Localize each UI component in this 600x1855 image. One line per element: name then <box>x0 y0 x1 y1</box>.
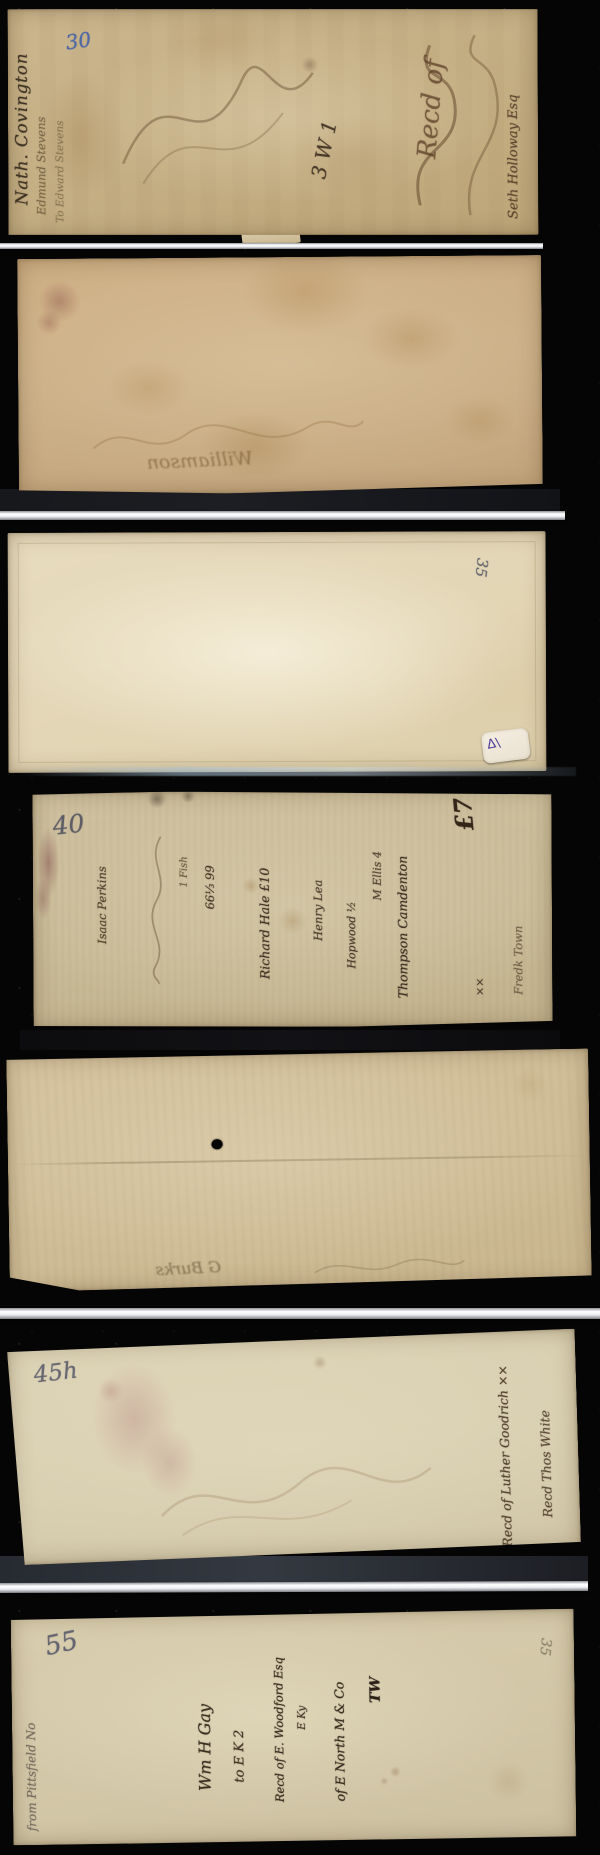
endorsement-script: Seth Holloway Esq <box>506 23 522 219</box>
sleeve-shadow <box>20 1030 560 1050</box>
ink-mark: ×× <box>473 966 486 996</box>
punch-hole <box>212 1139 223 1149</box>
handwriting-flourish <box>141 832 176 987</box>
endorsement-script: 3 W 1 <box>306 68 352 181</box>
handwriting-flourish <box>309 1250 469 1283</box>
pencil-provenance-note: from Pittsfield No <box>23 1631 39 1831</box>
endorsement-script: Wm H Gay <box>194 1683 214 1791</box>
endorsement-script: Isaac Perkins <box>95 849 109 944</box>
pencil-number-faint: 35 <box>536 1637 554 1656</box>
endorsement-script: Richard Hale £10 <box>257 837 273 979</box>
endorsement-script: Recd of E. Woodford Esq <box>271 1640 287 1802</box>
endorsement-script: to E K 2 <box>231 1665 247 1783</box>
lot-number-pencil: 35 <box>472 557 492 578</box>
endorsement-script: 1 Fish <box>179 828 190 888</box>
sleeve-shadow <box>0 489 560 513</box>
endorsement-script: Henry Lea <box>311 841 326 941</box>
divider-bar-3 <box>0 1308 600 1319</box>
photo-of-banknote-backs: 30 Nath. Covington Edmund Stevens To Edw… <box>0 0 600 1855</box>
banknote-back-5: G Burks <box>6 1048 592 1291</box>
endorsement-script: of E North M & Co <box>331 1651 348 1801</box>
banknote-back-1: 30 Nath. Covington Edmund Stevens To Edw… <box>8 7 539 237</box>
handwriting-flourish <box>88 396 369 468</box>
mirrored-bleedthrough-signature: Williamson <box>146 447 253 474</box>
endorsement-script: Thompson Camdenton <box>394 793 410 998</box>
banknote-back-4: 40 £7 Isaac Perkins 1 Fish 66⅓ 99 Richar… <box>32 790 552 1029</box>
divider-bar-1 <box>0 243 543 249</box>
endorsement-script: M Ellis 4 <box>370 813 383 901</box>
handwriting-flourish <box>400 25 526 221</box>
divider-bar-2 <box>0 511 565 520</box>
banknote-back-3: 35 Δ\ <box>8 531 547 773</box>
handwriting-flourish <box>113 43 344 194</box>
endorsement-script: To Edward Stevens <box>54 45 67 223</box>
endorsement-script: Recd of Luther Goodrich ×× <box>494 1349 515 1547</box>
sleeve-glint <box>16 767 576 776</box>
endorsement-script: Edmund Stevens <box>34 47 49 215</box>
lot-number-pencil: 30 <box>64 27 93 54</box>
banknote-back-7: 55 from Pittsfield No Wm H Gay to E K 2 … <box>11 1609 577 1846</box>
endorsement-script: Recd of <box>412 28 453 160</box>
ink-mark: £7 <box>447 790 480 833</box>
endorsement-script: Fredk Town <box>510 810 525 995</box>
lot-number-pencil: 45h <box>32 1358 79 1389</box>
banknote-back-2: Williamson <box>17 255 543 495</box>
endorsement-script: Hopwood ½ <box>345 879 358 969</box>
mirrored-bleedthrough-signature: G Burks <box>155 1257 221 1279</box>
delta-mark: Δ\ <box>486 736 502 753</box>
handwriting-flourish <box>150 1428 443 1547</box>
endorsement-script: Nath. Covington <box>12 33 32 205</box>
endorsement-script: Recd Thos White <box>535 1345 555 1517</box>
banknote-back-6: 45h Recd of Luther Goodrich ×× Recd Thos… <box>7 1329 581 1566</box>
endorsement-script: 66⅓ 99 <box>203 827 217 909</box>
lot-number-pencil: 55 <box>42 1626 81 1663</box>
divider-bar-4 <box>0 1581 588 1593</box>
endorsement-script: E Ky <box>295 1682 308 1730</box>
ink-monogram: TW <box>367 1663 383 1703</box>
lot-number-pencil: 40 <box>51 809 86 841</box>
inventory-sticker: Δ\ <box>481 727 532 764</box>
